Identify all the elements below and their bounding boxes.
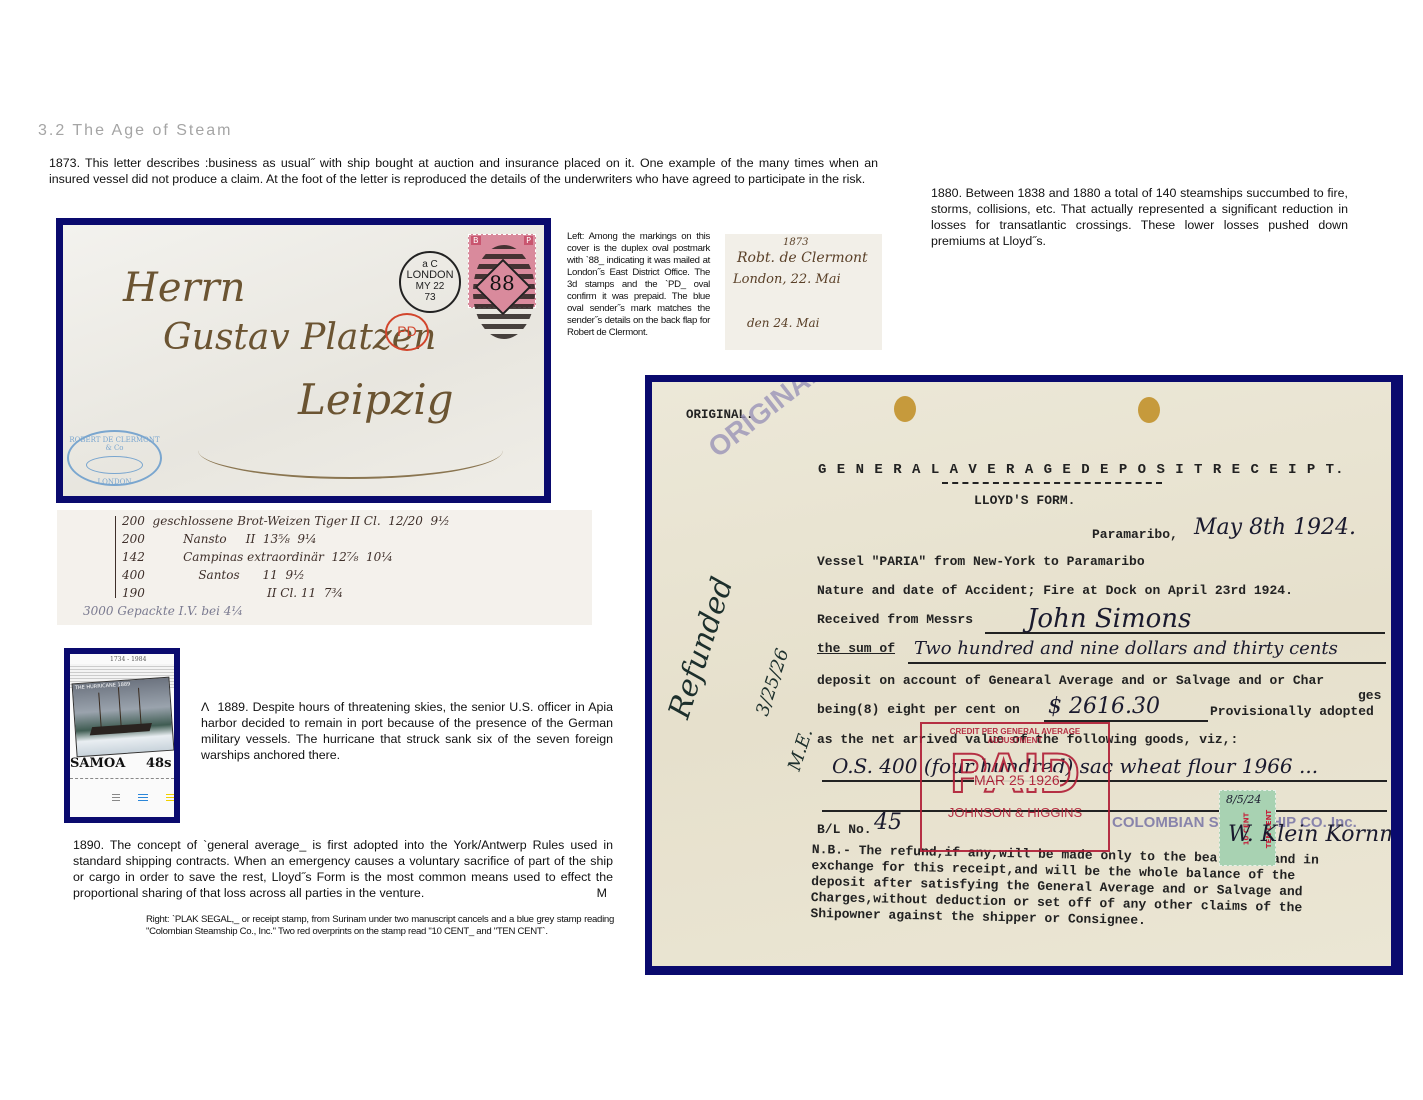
receipt-title: G E N E R A L A V E R A G E D E P O S I … [818, 462, 1344, 478]
original-rubber-stamp: ORIGINAL [702, 382, 830, 464]
refunded-annotation: Refunded [662, 573, 740, 723]
samoa-stamp-image: 1734 - 1984 THE HURRICANE 1889 SAMOA 48s [70, 654, 174, 817]
sum-label: the sum of [817, 641, 895, 656]
color-bar-yellow [166, 794, 174, 801]
pd-oval-mark: PD [385, 313, 429, 351]
receipt-image: ORIGINAL. ORIGINAL G E N E R A L A V E R… [652, 382, 1391, 966]
paid-stamp-bottom: JOHNSON & HIGGINS [922, 805, 1108, 820]
postmark-line-4: 73 [401, 292, 459, 303]
received-from-label: Received from Messrs [817, 612, 973, 627]
paragraph-1889: Λ 1889. Despite hours of threatening ski… [201, 699, 613, 763]
underline-flourish [198, 447, 503, 479]
punch-hole [894, 396, 916, 422]
receipt-subtitle: LLOYD'S FORM. [974, 493, 1075, 508]
sum-handwritten: Two hundred and nine dollars and thirty … [914, 638, 1338, 659]
ledger-row: 200 geschlossene Brot-Weizen Tiger II Cl… [122, 514, 450, 528]
duplex-number: 88 [481, 271, 523, 295]
back-flap-image: 1873 Robt. de Clermont London, 22. Mai d… [725, 234, 882, 350]
perforation [70, 778, 174, 779]
title-underline [942, 482, 1162, 484]
deposit-tail: ges [1358, 688, 1381, 703]
amount-handwritten: $ 2616.30 [1048, 694, 1160, 719]
receipt-frame: ORIGINAL. ORIGINAL G E N E R A L A V E R… [645, 375, 1403, 975]
ledger-footer: 3000 Gepackte I.V. bei 4¼ [83, 604, 243, 618]
ship-painting: THE HURRICANE 1889 [72, 677, 174, 758]
punch-hole [1138, 397, 1160, 423]
ledger-row: 190 II Cl. 11 7¾ [122, 586, 343, 600]
underwriters-ledger-image: 200 geschlossene Brot-Weizen Tiger II Cl… [57, 510, 592, 625]
stamp-corner-b: B [471, 236, 481, 245]
samoa-caption: THE HURRICANE 1889 [75, 681, 131, 691]
paragraph-1889-text: 1889. Despite hours of threatening skies… [201, 700, 613, 762]
samoa-years: 1734 - 1984 [110, 656, 146, 663]
back-flap-place: London, 22. Mai [733, 272, 841, 287]
receipt-place: Paramaribo, [1092, 527, 1178, 542]
postmark-line-3: MY 22 [401, 281, 459, 292]
accident-line: Nature and date of Accident; Fire at Doc… [817, 583, 1293, 598]
sum-line [908, 662, 1386, 664]
back-flap-name: Robt. de Clermont [737, 250, 868, 266]
sender-oval-bottom: LONDON [69, 478, 160, 486]
provisional-label: Provisionally adopted [1210, 704, 1374, 719]
refunded-date: 3/25/26 [752, 646, 793, 718]
revenue-stamp-date: 8/5/24 [1226, 793, 1261, 806]
bl-label: B/L No. [817, 822, 872, 837]
samoa-country: SAMOA [70, 756, 125, 771]
ship-mast [98, 693, 102, 731]
refunded-initials: M.E. [784, 726, 817, 773]
ledger-row: 142 Campinas extraordinär 12⅞ 10¼ [122, 550, 393, 564]
receipt-date-handwritten: May 8th 1924. [1194, 515, 1356, 540]
cover-address-line-1: Herrn [123, 265, 246, 311]
ship-mast [118, 687, 122, 727]
color-bar-grey [112, 794, 120, 801]
vessel-line: Vessel "PARIA" from New-York to Paramari… [817, 554, 1145, 569]
bl-handwritten: 45 [874, 810, 902, 835]
sender-oval-top: ROBERT DE CLERMONT & Co [69, 436, 160, 452]
color-bar-blue [138, 794, 148, 801]
paragraph-1880: 1880. Between 1838 and 1880 a total of 1… [931, 185, 1348, 249]
ship-mast [138, 688, 142, 726]
samoa-stamp-frame: 1734 - 1984 THE HURRICANE 1889 SAMOA 48s [64, 648, 180, 823]
paid-stamp-date: MAR 25 1926 [974, 772, 1060, 788]
caption-left-cover: Left: Among the markings on this cover i… [567, 231, 710, 339]
ship-hull [90, 723, 152, 735]
nb-block: N.B.- The refund,if any,will be made onl… [810, 842, 1391, 935]
caption-right-receipt: Right: `PLAK SEGAL,_ or receipt stamp, f… [146, 914, 614, 938]
back-flap-date: den 24. Mai [747, 316, 820, 330]
cover-image: Herrn Gustav Platzen Leipzig a C LONDON … [63, 225, 544, 496]
sender-oval-mark: ROBERT DE CLERMONT & Co LONDON [67, 430, 162, 486]
samoa-value: 48s [146, 756, 171, 771]
being-label: being(8) eight per cent on [817, 702, 1020, 717]
sender-oval-inner [86, 456, 143, 474]
section-title: 3.2 The Age of Steam [38, 122, 232, 140]
london-postmark: a C LONDON MY 22 73 [399, 251, 461, 313]
section-marker: M [597, 885, 607, 901]
paragraph-1873: 1873. This letter describes :business as… [49, 155, 878, 187]
up-arrow-marker: Λ [201, 700, 209, 714]
paragraph-1890: 1890. The concept of `general average_ i… [73, 837, 613, 901]
ledger-row: 400 Santos 11 9½ [122, 568, 305, 582]
postmark-line-2: LONDON [401, 270, 459, 281]
ledger-row: 200 Nansto II 13⅝ 9¼ [122, 532, 317, 546]
paragraph-1890-text: 1890. The concept of `general average_ i… [73, 838, 613, 900]
deposit-line: deposit on account of Genearal Average a… [817, 673, 1324, 688]
ledger-bracket [115, 516, 116, 598]
cover-frame: Herrn Gustav Platzen Leipzig a C LONDON … [56, 218, 551, 503]
signature-handwritten: W. Klein Kornmond [1228, 822, 1391, 847]
stamp-corner-p: P [524, 236, 533, 245]
received-from-handwritten: John Simons [1027, 604, 1191, 634]
cover-address-line-3: Leipzig [298, 375, 454, 424]
back-flap-year: 1873 [783, 237, 808, 248]
paid-stamp: CREDIT PER GENERAL AVERAGE ADJUSTMENT PA… [920, 722, 1110, 852]
